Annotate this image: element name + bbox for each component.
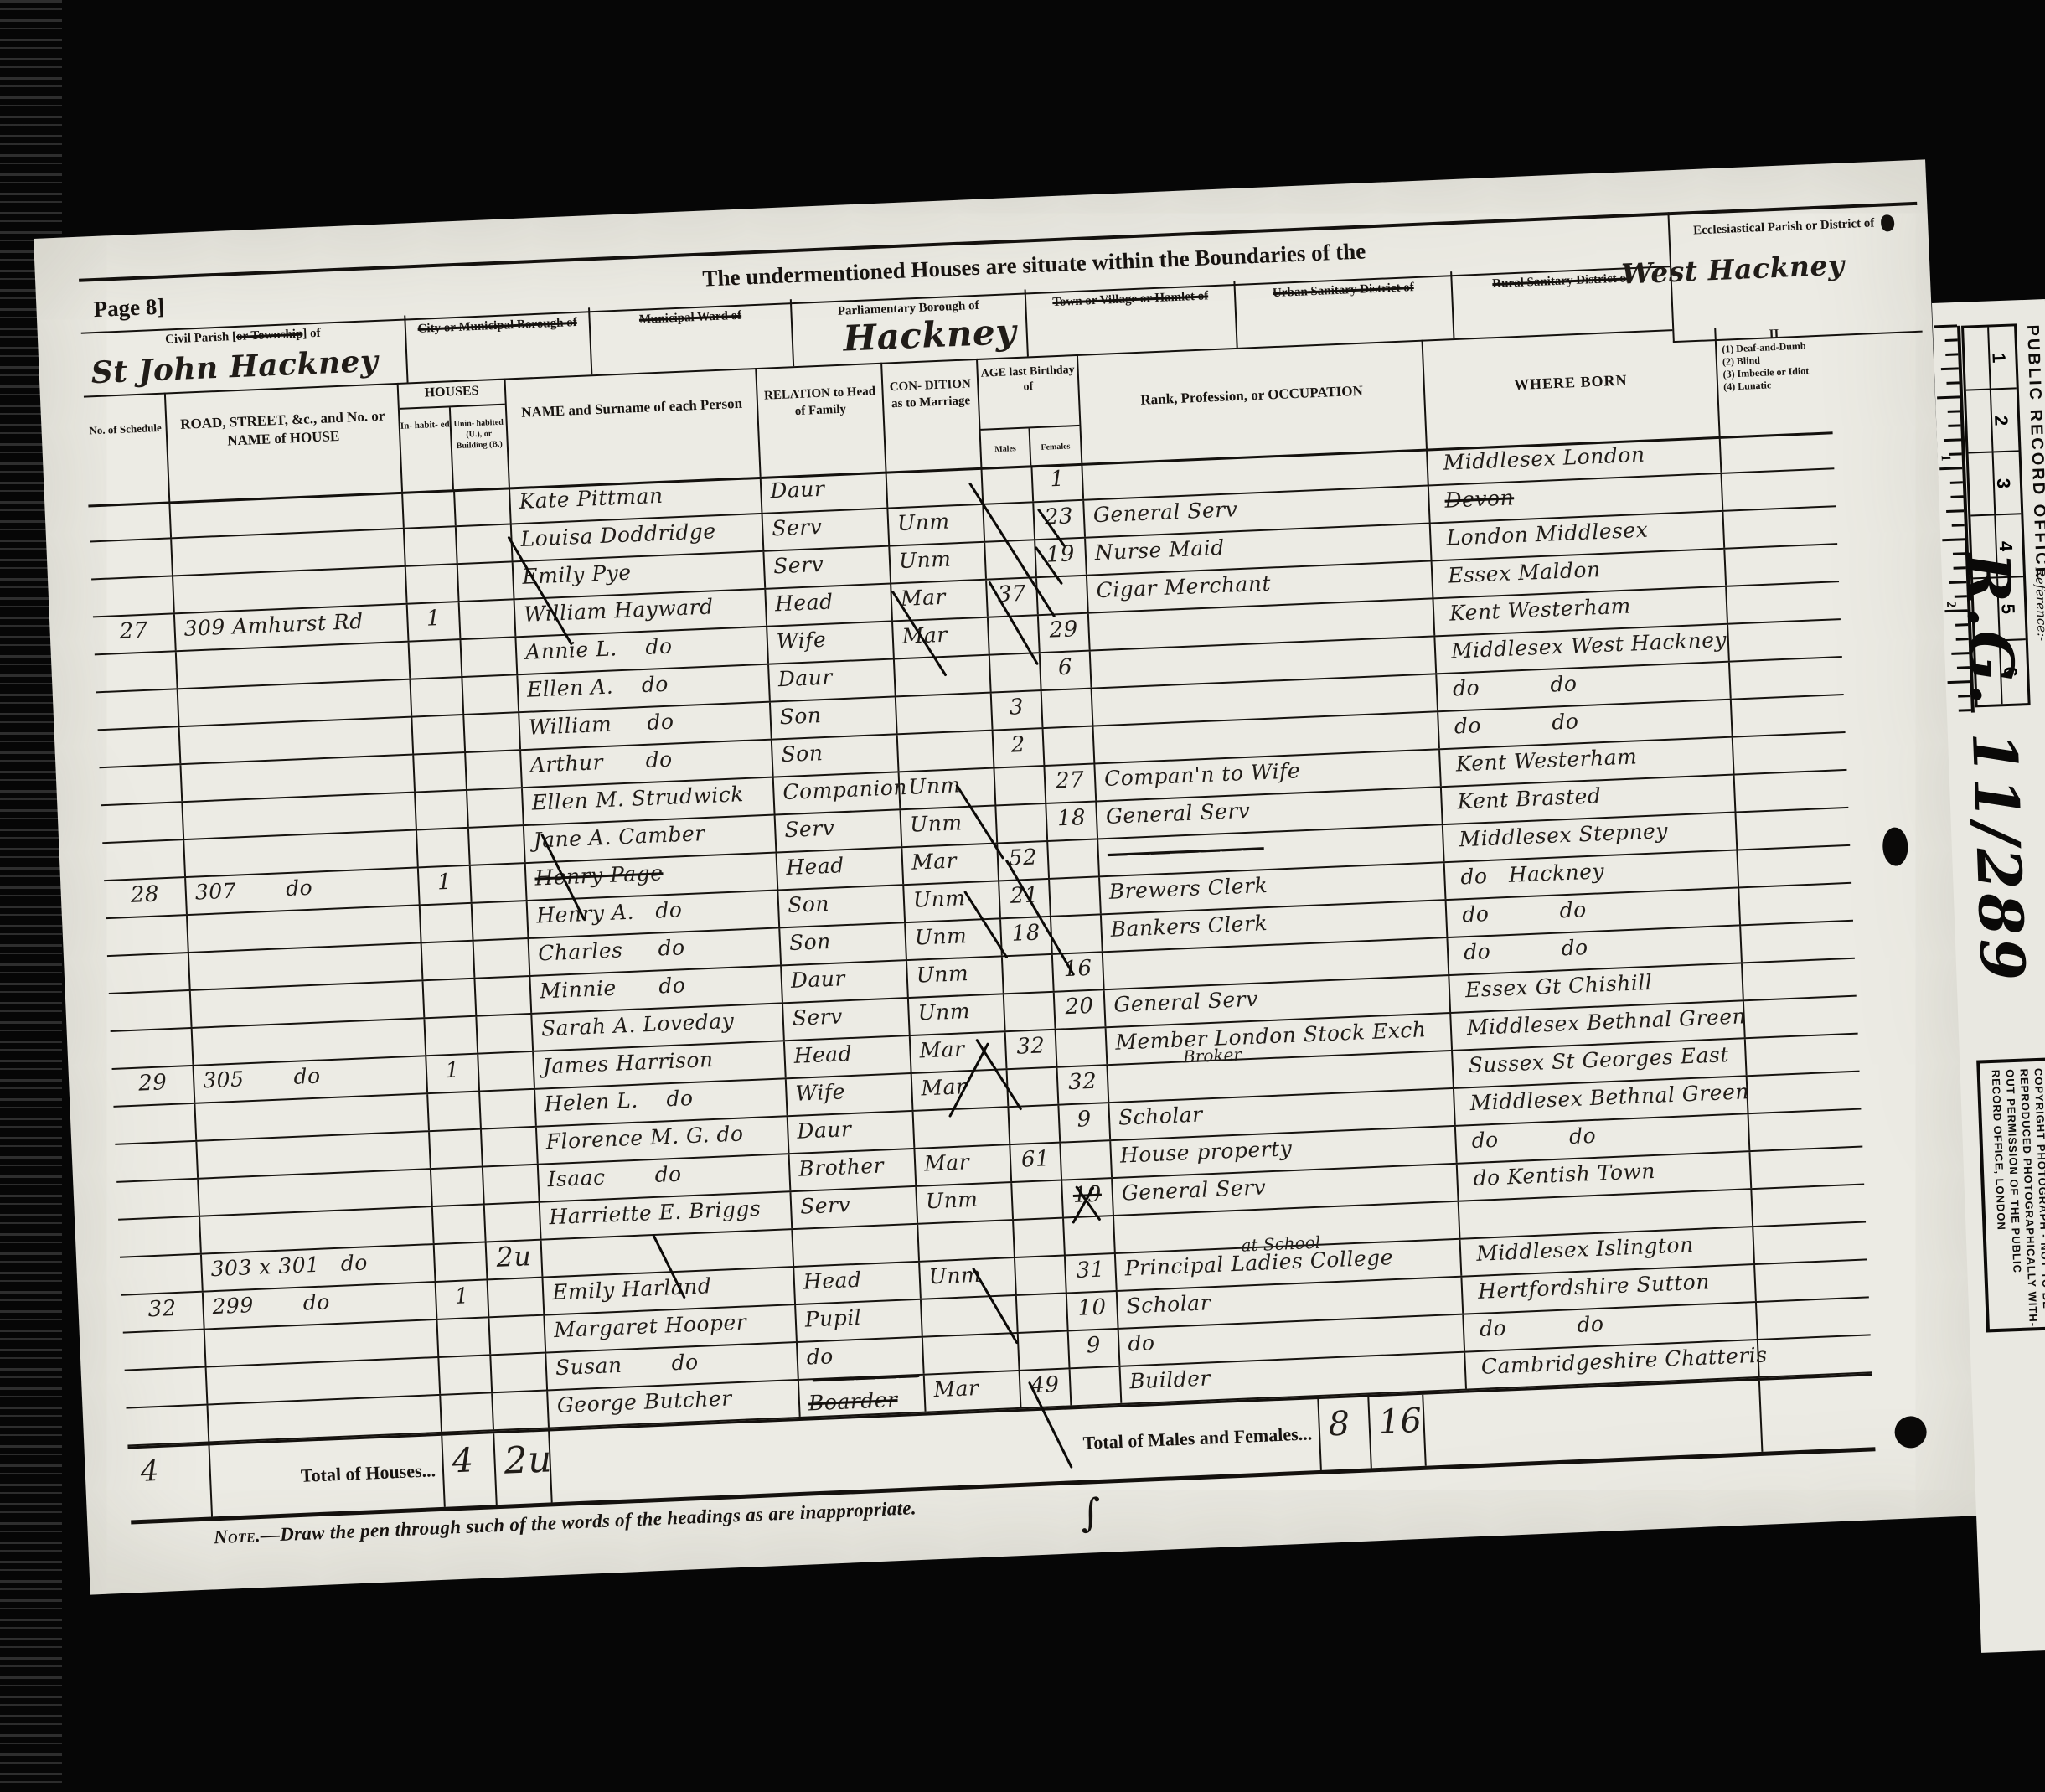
col-age: AGE last Birthday of [978, 354, 1079, 431]
road-name [183, 811, 192, 813]
cell-disabilities [1743, 959, 1857, 1000]
age-male-value: 2 [1010, 730, 1025, 758]
cell-relation: Daur [782, 961, 909, 1002]
road-name [171, 509, 179, 512]
cell-uninhabited [462, 638, 519, 676]
condition-value: Mar [915, 1147, 969, 1177]
road-name: 299 do [204, 1287, 331, 1319]
age-female-value: 27 [1055, 765, 1084, 793]
cell-uninhabited [480, 1090, 537, 1128]
condition-value [896, 705, 905, 708]
occupation-value [1114, 1225, 1123, 1227]
page-number: Page 8] [93, 294, 165, 323]
cell-relation: Head [785, 1036, 912, 1077]
occupation-value: General Serv [1097, 796, 1251, 830]
cell-schedule [90, 539, 173, 578]
occupation-value: Scholar [1118, 1288, 1211, 1319]
condition-value [919, 1232, 927, 1235]
person-name: Annie L. do [516, 632, 673, 666]
where-born-value: do do [1464, 1309, 1604, 1343]
cell-uninhabited [491, 1354, 548, 1392]
cell-age-male [1003, 955, 1055, 993]
inhabited-mark: 1 [454, 1281, 469, 1309]
col-age-group: AGE last Birthday of Males Females [978, 354, 1082, 467]
hole-punch-dot [1894, 1416, 1928, 1449]
cell-age-female: 18 [1046, 802, 1098, 839]
cell-uninhabited: 2u [487, 1241, 544, 1279]
cell-condition: Unm [909, 994, 1006, 1035]
occupation-value: Builder [1121, 1363, 1211, 1394]
cell-schedule [106, 916, 189, 955]
totals-end-cell [1760, 1376, 1875, 1452]
cell-schedule [120, 1255, 204, 1294]
cell-uninhabited [477, 1015, 534, 1053]
person-name: Ellen A. do [518, 669, 669, 703]
cell-disabilities [1736, 808, 1850, 850]
cell-condition: Unm [907, 957, 1004, 997]
inhabited-mark: 1 [436, 867, 452, 896]
road-name [191, 999, 199, 1001]
cell-disabilities [1723, 507, 1837, 548]
cell-relation: Son [772, 735, 900, 776]
grid-number-3: 3 [1992, 478, 2014, 488]
total-males-value: 8 [1328, 1404, 1351, 1443]
note-prefix: Note. [214, 1525, 261, 1547]
cell-schedule [116, 1180, 200, 1219]
cell-inhabited [422, 942, 476, 980]
relation-value: Son [772, 738, 824, 767]
col-schedule: No. of Schedule [84, 393, 170, 505]
condition-value: Unm [904, 883, 966, 913]
cell-disabilities [1732, 695, 1846, 736]
cell-age-male [1004, 993, 1056, 1030]
cell-uninhabited [467, 788, 524, 827]
cell-age-female: 23 [1034, 501, 1086, 539]
cell-age-male [984, 503, 1035, 540]
relation-value: Brother [790, 1150, 885, 1182]
person-name: Helen L. do [535, 1083, 694, 1118]
col-relation: RELATION to Head of Family [757, 363, 886, 477]
relation-value: Daur [788, 1114, 852, 1144]
cell-disabilities [1730, 658, 1844, 699]
cell-inhabited: 1 [426, 1055, 480, 1093]
parliamentary-borough-value: Hackney [843, 323, 1016, 347]
field-ecclesiastical-parish: Ecclesiastical Parish or District of Wes… [1667, 202, 1922, 343]
cell-uninhabited [458, 562, 515, 601]
col-disabilities: II (1) Deaf-and-Dumb (2) Blind (3) Imbec… [1716, 323, 1832, 436]
col-name: NAME and Surname of each Person [505, 368, 761, 487]
cell-condition: Unm [900, 769, 997, 809]
cell-age-male: 49 [1020, 1369, 1072, 1407]
cell-schedule [95, 652, 178, 691]
cell-age-female: 10 [1067, 1292, 1119, 1330]
age-female-value: 10 [1077, 1293, 1107, 1321]
cell-age-female: 27 [1045, 764, 1097, 802]
census-sheet: Page 8] The undermentioned Houses are si… [34, 159, 1982, 1594]
cell-inhabited [441, 1393, 494, 1432]
cell-age-female [1037, 576, 1089, 614]
road-name [193, 1036, 201, 1039]
occupation-value: ——— ———— [1098, 833, 1264, 867]
occupation-annotation: at School [1241, 1232, 1321, 1256]
road-name [188, 924, 196, 927]
field-parliamentary-borough: Parliamentary Borough of Hackney [791, 289, 1028, 366]
occupation-value: General Serv [1084, 494, 1238, 529]
hole-punch-dot [1882, 827, 1908, 866]
cell-disabilities [1746, 1035, 1860, 1076]
cell-uninhabited [493, 1391, 550, 1429]
condition-value [887, 479, 896, 482]
cell-condition [887, 467, 984, 508]
cell-uninhabited [475, 977, 532, 1015]
total-inhabited-value: 4 [452, 1441, 475, 1480]
where-born-value: Kent Brasted [1442, 781, 1602, 815]
cell-relation [793, 1225, 920, 1266]
cell-schedule: 27 [93, 614, 177, 653]
ecclesiastical-value: West Hackney [1621, 257, 1845, 282]
occupation-value: General Serv [1113, 1172, 1267, 1206]
age-female-value: 20 [1065, 991, 1094, 1020]
cell-relation: Boarder————— [799, 1376, 927, 1417]
cell-uninhabited [455, 487, 512, 525]
person-name: Henry A. do [528, 895, 683, 929]
cell-age-female: 9 [1059, 1103, 1111, 1141]
cell-disabilities [1727, 582, 1841, 623]
relation-value: Son [778, 889, 829, 918]
cell-disabilities [1721, 431, 1835, 473]
age-male-value: 3 [1009, 692, 1024, 720]
person-name: William do [519, 707, 674, 741]
cell-age-female: 32 [1058, 1066, 1110, 1103]
where-born-value: do do [1438, 706, 1579, 740]
occupation-annotation: Broker [1183, 1044, 1242, 1066]
cell-condition: Unm [917, 1183, 1014, 1223]
field-urban-sanitary: Urban Sanitary District of [1236, 271, 1454, 348]
totals-males-cell: 8 [1319, 1397, 1372, 1469]
col-age-males: Males [981, 428, 1032, 467]
cell-schedule [111, 1029, 194, 1068]
cell-relation: Son [771, 697, 898, 738]
ruler-mark-1: 1 [1939, 454, 1953, 462]
road-name [205, 1338, 214, 1340]
cell-uninhabited [483, 1165, 540, 1204]
cell-disabilities [1733, 733, 1847, 774]
road-name [178, 698, 187, 700]
cell-age-male [1009, 1106, 1061, 1144]
condition-value [922, 1308, 930, 1310]
where-born-value: do do [1437, 669, 1578, 702]
cell-schedule: 29 [112, 1066, 196, 1106]
cell-relation: Serv [764, 547, 891, 588]
occupation-value [1091, 659, 1099, 662]
cell-inhabited [411, 678, 464, 716]
road-name [180, 736, 188, 738]
cell-age-female [1061, 1141, 1113, 1179]
cell-age-male [994, 767, 1046, 804]
condition-value: Unm [907, 958, 969, 989]
uninhabited-mark: 2u [496, 1241, 532, 1270]
cell-age-female: 31 [1066, 1254, 1118, 1292]
microfilm-frame: { "page": { "label": "Page 8]", "title":… [0, 0, 2045, 1792]
cell-age-female [1071, 1367, 1123, 1405]
cell-condition [895, 656, 992, 696]
road-name [196, 1112, 204, 1114]
relation-value: Serv [791, 1190, 850, 1220]
occupation-value: Nurse Maid [1086, 533, 1225, 566]
cell-disabilities [1735, 771, 1849, 812]
col-inhabited: In- habit- ed [400, 407, 454, 491]
cell-age-male: 61 [1010, 1144, 1062, 1181]
cell-inhabited [430, 1130, 483, 1169]
cell-inhabited [412, 715, 466, 754]
relation-value: Serv [763, 512, 823, 542]
pen-squiggle: ∫ [1080, 1490, 1102, 1536]
cell-condition: Unm [920, 1258, 1017, 1299]
grid-number-1: 1 [1987, 353, 2009, 364]
where-born-value [1459, 1210, 1474, 1213]
relation-value: Head [794, 1265, 862, 1295]
road-name [207, 1376, 215, 1378]
totals-schedule-cell: 4 [128, 1445, 213, 1520]
occupation-value [1108, 1074, 1117, 1077]
col-houses-group: HOUSES In- habit- ed Unin- habited (U.),… [399, 379, 510, 492]
col-road: ROAD, STREET, &c., and No. or NAME of HO… [166, 383, 403, 502]
cell-inhabited [428, 1092, 482, 1131]
occupation-value [1089, 622, 1097, 624]
age-female-value: 32 [1067, 1066, 1097, 1095]
cell-age-female: 29 [1039, 614, 1091, 652]
cell-disabilities [1758, 1335, 1872, 1376]
cell-age-male: 37 [987, 578, 1039, 616]
occupation-value: General Serv [1105, 984, 1259, 1019]
condition-value: Unm [917, 1185, 979, 1215]
person-name: Kate Pittman [510, 481, 664, 515]
age-male-value: 18 [1011, 917, 1041, 946]
cell-uninhabited [460, 600, 517, 638]
cell-age-female [1050, 877, 1102, 915]
cell-age-female: 20 [1055, 990, 1107, 1028]
cell-condition: Mar [893, 618, 990, 658]
cell-relation: Wife [787, 1074, 914, 1115]
condition-value [895, 668, 903, 670]
where-born-value: do do [1447, 895, 1588, 928]
age-female-value: 9 [1086, 1330, 1101, 1359]
col-uninhabited: Unin- habited (U.), or Building (B.) [451, 405, 509, 490]
cell-relation: Daur [762, 472, 889, 513]
cell-relation: Son [780, 923, 907, 964]
cell-disabilities [1750, 1148, 1864, 1189]
cell-schedule [96, 689, 180, 729]
cell-inhabited [435, 1242, 488, 1281]
cell-uninhabited [488, 1278, 545, 1317]
cell-relation: Daur [769, 659, 896, 700]
cell-age-male: 21 [999, 880, 1051, 917]
cell-relation: Son [778, 886, 906, 927]
age-female-value: 9 [1077, 1104, 1092, 1133]
public-record-office-stamp: PUBLIC RECORD OFFICE [2022, 324, 2045, 581]
total-females-value: 16 [1378, 1402, 1423, 1442]
field-town-village: Town or Village or Hamlet of [1025, 281, 1238, 356]
occupation-value [1083, 471, 1092, 473]
cell-disabilities [1748, 1072, 1862, 1113]
person-name: Emily Harland [543, 1271, 711, 1305]
civil-parish-struck: or Township [236, 328, 303, 343]
cell-relation: Head [766, 584, 893, 625]
cell-condition [914, 1108, 1011, 1148]
condition-value: Mar [902, 846, 957, 876]
grid-number-4: 4 [1995, 540, 2017, 551]
total-houses-label: Total of Houses... [300, 1459, 436, 1487]
cell-inhabited [410, 640, 463, 679]
urban-sanitary-label: Urban Sanitary District of [1273, 281, 1414, 300]
cell-condition [898, 731, 995, 772]
road-name [209, 1413, 217, 1416]
person-name: Arthur do [521, 745, 673, 779]
civil-parish-label-end: ] of [302, 327, 321, 341]
road-name [199, 1187, 208, 1190]
total-schedules-value: 4 [140, 1454, 160, 1489]
cell-disabilities [1752, 1185, 1866, 1226]
relation-value: Companion [774, 772, 908, 806]
cell-age-female: 1 [1032, 463, 1084, 501]
total-males-females-label: Total of Males and Females... [1082, 1423, 1312, 1454]
cell-condition [918, 1221, 1015, 1261]
cell-relation: Serv [783, 999, 911, 1040]
total-uninhabited-value: 2u [504, 1438, 553, 1482]
condition-value: Unm [909, 996, 971, 1026]
col-age-females: Females [1030, 426, 1082, 465]
totals-inhabited-cell: 4 [442, 1433, 498, 1507]
cell-disabilities [1738, 846, 1851, 887]
cell-schedule [125, 1368, 209, 1407]
relation-value: Wife [767, 625, 827, 655]
age-female-value: 18 [1056, 803, 1086, 831]
road-name [200, 1225, 209, 1227]
cell-inhabited [417, 829, 471, 867]
cell-relation: Daur [788, 1112, 916, 1153]
cell-schedule: 32 [121, 1293, 205, 1332]
col-occupation: Rank, Profession, or OCCUPATION [1078, 340, 1428, 463]
cell-age-male: 32 [1006, 1030, 1058, 1068]
cell-inhabited [424, 979, 478, 1018]
age-male-value: 61 [1020, 1144, 1050, 1172]
ornament-icon [1881, 214, 1895, 232]
condition-value: Unm [906, 921, 968, 951]
where-born-value: do do [1448, 932, 1588, 966]
where-born-value: Essex Maldon [1433, 555, 1602, 589]
road-name: 307 do [186, 873, 313, 906]
condition-value: Mar [911, 1034, 965, 1064]
road-name: 305 do [194, 1061, 322, 1094]
cell-age-female [1048, 839, 1100, 877]
ecclesiastical-label: Ecclesiastical Parish or District of [1693, 216, 1875, 237]
copyright-stamp: COPYRIGHT PHOTOGRAPH - NOT TO BE REPRODU… [1976, 1057, 2045, 1332]
cell-age-female: 6 [1041, 652, 1092, 689]
age-female-value: 1 [1050, 464, 1065, 493]
cell-age-male [1014, 1219, 1066, 1257]
cell-age-male: 3 [992, 691, 1044, 729]
cell-age-female: 16 [1053, 953, 1105, 990]
relation-value: Serv [783, 1001, 843, 1031]
cell-uninhabited [474, 939, 531, 978]
cell-age-female [1056, 1028, 1108, 1066]
cell-inhabited [439, 1356, 493, 1394]
cell-schedule [123, 1330, 207, 1370]
relation-value: Head [777, 850, 844, 881]
schedule-number: 28 [130, 879, 159, 907]
cell-age-male [1015, 1256, 1067, 1294]
cell-schedule [114, 1104, 198, 1144]
relation-value: Daur [762, 474, 825, 504]
road-name [189, 962, 198, 964]
cell-age-female: 9 [1069, 1330, 1121, 1367]
age-male-value: 52 [1008, 842, 1037, 870]
col-where-born: WHERE BORN [1423, 328, 1721, 449]
cell-schedule [101, 803, 184, 842]
schedule-number: 32 [147, 1294, 177, 1322]
cell-relation: Head [777, 848, 904, 889]
cell-condition: Unm [904, 881, 1001, 922]
cell-condition: Mar [915, 1145, 1012, 1185]
condition-value [898, 743, 906, 746]
cell-schedule [107, 953, 191, 993]
cell-disabilities [1728, 620, 1842, 661]
census-rows: Kate Pittman Daur 1 Middlesex London Lou… [88, 431, 1872, 1446]
cell-inhabited [425, 1017, 478, 1056]
cell-disabilities [1749, 1110, 1863, 1151]
town-village-label: Town or Village or Hamlet of [1052, 289, 1208, 309]
condition-value: Unm [888, 507, 950, 537]
inhabited-mark: 1 [426, 603, 441, 632]
inhabited-mark: 1 [445, 1056, 460, 1084]
relation-value: Serv [776, 813, 835, 844]
relation-value: Pupil [796, 1303, 862, 1333]
cell-age-male: 18 [1001, 917, 1053, 955]
relation-value: Daur [782, 963, 845, 994]
cell-schedule [115, 1142, 199, 1181]
cell-relation: Serv [763, 509, 891, 550]
cell-age-male [996, 804, 1048, 842]
relation-value: Head [785, 1039, 853, 1069]
cell-schedule [118, 1217, 202, 1257]
cell-relation: Brother [790, 1149, 917, 1190]
relation-value: Head [766, 586, 834, 617]
relation-value: Son [780, 927, 831, 956]
cell-schedule [91, 576, 175, 616]
occupation-value: Scholar [1109, 1099, 1203, 1131]
cell-schedule [109, 991, 193, 1030]
cell-age-female [1044, 727, 1096, 765]
cell-inhabited [437, 1318, 491, 1356]
field-municipal-ward: Municipal Ward of [590, 299, 794, 374]
cell-schedule [88, 501, 172, 540]
cell-disabilities [1757, 1298, 1871, 1339]
condition-value [914, 1119, 922, 1122]
cell-disabilities [1755, 1260, 1869, 1301]
road-name [177, 660, 185, 663]
cell-disabilities [1744, 997, 1858, 1038]
where-born-value: do Hackney [1445, 856, 1605, 891]
where-born-value: Devon [1429, 483, 1515, 514]
cell-relation: Companion [774, 772, 901, 813]
cell-inhabited [433, 1205, 487, 1243]
cell-uninhabited [473, 901, 529, 940]
cell-relation: Wife [767, 622, 895, 663]
condition-value: Unm [900, 770, 962, 800]
where-born-value: do do [1456, 1121, 1597, 1154]
person-name [542, 1248, 550, 1251]
cell-schedule [127, 1405, 210, 1444]
